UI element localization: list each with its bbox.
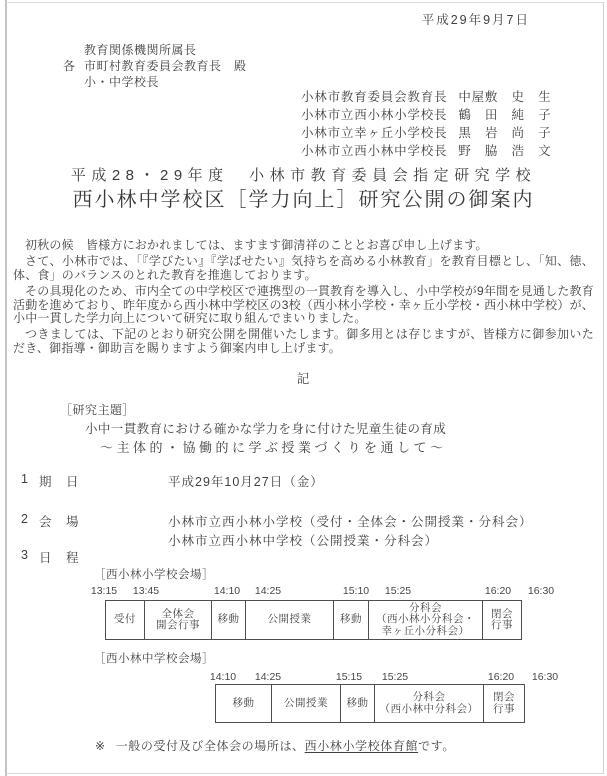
- item-number: 1: [21, 472, 28, 486]
- schedule-time-label: 15:10: [343, 585, 369, 597]
- schedule-time-label: 15:25: [382, 671, 408, 683]
- schedule-time-label: 15:25: [385, 585, 411, 597]
- body-paragraph: つきましては、下記のとおり研究公開を開催いたします。御多用とは存じますが、皆様方…: [13, 328, 594, 355]
- schedule-venue-label: ［西小林中学校会場］: [94, 650, 214, 666]
- schedule-time-label: 13:15: [91, 585, 117, 597]
- footnote-mark: ※: [95, 739, 106, 753]
- scan-border-bottom: [6, 773, 604, 774]
- schedule-cell: 閉会 行事: [483, 684, 525, 723]
- document-date: 平成29年9月7日: [422, 10, 530, 28]
- sender-row: 小林市教育委員会教育長中屋敷 史 生: [301, 87, 551, 105]
- schedule-cell: 公開授業: [245, 600, 334, 640]
- recipient-line: 市町村教育委員会教育長 殿: [84, 57, 247, 74]
- sender-name: 鶴 田 純 子: [458, 108, 551, 122]
- item-schedule-row: 3 日 程: [0, 548, 607, 564]
- schedule-time-label: 16:20: [485, 585, 511, 597]
- schedule-time-label: 14:25: [255, 671, 281, 683]
- document-title: 西小林中学校区［学力向上］研究公開の御案内: [0, 183, 607, 212]
- scan-border-top: [6, 2, 604, 3]
- scan-border-left: [5, 0, 7, 776]
- item-label: 日 程: [39, 548, 80, 566]
- sender-name: 中屋敷 史 生: [458, 90, 551, 104]
- sender-name: 野 脇 浩 文: [458, 144, 551, 158]
- schedule-cell: 移動: [340, 684, 375, 723]
- sender-row: 小林市立西小林小学校長鶴 田 純 子: [301, 105, 551, 123]
- schedule-cell: 移動: [215, 684, 272, 723]
- schedule-table-junior-high: 移動 公開授業 移動 分科会 （西小林中分科会） 閉会 行事: [215, 684, 525, 723]
- item-number: 2: [21, 512, 28, 526]
- sender-title: 小林市立西小林小学校長: [301, 108, 447, 122]
- sender-title: 小林市立幸ヶ丘小学校長: [301, 126, 447, 140]
- item-label: 会 場: [39, 512, 80, 530]
- item-value: 小林市立西小林中学校（公開授業・分科会）: [168, 531, 438, 549]
- footnote-underlined-place: 西小林小学校体育館: [305, 739, 418, 753]
- schedule-cell: 公開授業: [271, 684, 341, 723]
- research-theme: 小中一貫教育における確かな学力を身に付けた児童生徒の育成: [85, 419, 446, 437]
- sender-name: 黒 岩 尚 子: [458, 126, 551, 140]
- schedule-time-label: 14:10: [214, 585, 240, 597]
- schedule-venue-label: ［西小林小学校会場］: [94, 566, 214, 582]
- item-venue-row: 2 会 場 小林市立西小林小学校（受付・全体会・公開授業・分科会）: [0, 512, 607, 528]
- footnote: ※一般の受付及び全体会の場所は、西小林小学校体育館です。: [95, 737, 455, 754]
- body-text: 初秋の候 皆様方におかれましては、ますます御清祥のこととお喜び申し上げます。 さ…: [13, 239, 594, 358]
- schedule-cell: 受付: [105, 600, 145, 640]
- body-paragraph: 初秋の候 皆様方におかれましては、ますます御清祥のこととお喜び申し上げます。: [13, 239, 594, 252]
- scan-border-right: [603, 2, 604, 774]
- schedule-time-label: 14:25: [255, 585, 281, 597]
- schedule-table-elementary: 受付 全体会 開会行事 移動 公開授業 移動 分科会 （西小林小分科会・ 幸ヶ丘…: [105, 600, 522, 640]
- research-topic-label: ［研究主題］: [60, 401, 135, 418]
- recipient-line: 教育関係機関所属長: [84, 41, 197, 58]
- item-date-row: 1 期 日 平成29年10月27日（金）: [0, 472, 607, 488]
- item-value: 小林市立西小林小学校（受付・全体会・公開授業・分科会）: [168, 512, 533, 530]
- sender-title: 小林市立西小林中学校長: [301, 144, 447, 158]
- sender-title: 小林市教育委員会教育長: [301, 90, 447, 104]
- schedule-time-label: 15:15: [336, 671, 362, 683]
- footnote-text-after: です。: [418, 739, 455, 753]
- schedule-cell: 移動: [333, 600, 369, 640]
- item-number: 3: [21, 548, 28, 562]
- recipient-prefix: 各: [63, 57, 76, 74]
- research-subtheme: ～主体的・協働的に学ぶ授業づくりを通して～: [100, 437, 447, 456]
- schedule-time-label: 16:30: [528, 585, 554, 597]
- recipient-line: 小・中学校長: [84, 73, 159, 90]
- footnote-text-before: 一般の受付及び全体会の場所は、: [116, 739, 305, 753]
- schedule-cell: 分科会 （西小林中分科会）: [374, 684, 484, 723]
- schedule-cell: 分科会 （西小林小分科会・ 幸ヶ丘小分科会）: [368, 600, 483, 640]
- item-value: 平成29年10月27日（金）: [168, 472, 324, 490]
- schedule-cell: 移動: [211, 600, 246, 640]
- sender-row: 小林市立西小林中学校長野 脇 浩 文: [301, 141, 551, 159]
- document-page: 平成29年9月7日 各 教育関係機関所属長 市町村教育委員会教育長 殿 小・中学…: [0, 0, 607, 776]
- footnote-text: 一般の受付及び全体会の場所は、西小林小学校体育館です。: [116, 739, 455, 753]
- item-venue-row-2: 小林市立西小林中学校（公開授業・分科会）: [0, 531, 607, 547]
- schedule-time-label: 13:45: [133, 585, 159, 597]
- schedule-cell: 閉会 行事: [482, 600, 522, 640]
- body-paragraph: さて、小林市では、「『学びたい』『学ばせたい』気持ちを高める小林教育」を教育目標…: [13, 255, 594, 282]
- schedule-time-label: 16:20: [488, 671, 514, 683]
- schedule-cell: 全体会 開会行事: [144, 600, 212, 640]
- body-paragraph: その具現化のため、市内全ての中学校区で連携型の一貫教育を導入し、小中学校が9年間…: [13, 285, 594, 325]
- schedule-time-label: 16:30: [532, 671, 558, 683]
- record-mark: 記: [0, 369, 607, 387]
- item-label: 期 日: [39, 472, 80, 490]
- sender-row: 小林市立幸ヶ丘小学校長黒 岩 尚 子: [301, 123, 551, 141]
- document-subtitle: 平成28・29年度 小林市教育委員会指定研究学校: [0, 164, 607, 185]
- schedule-time-label: 14:10: [210, 671, 236, 683]
